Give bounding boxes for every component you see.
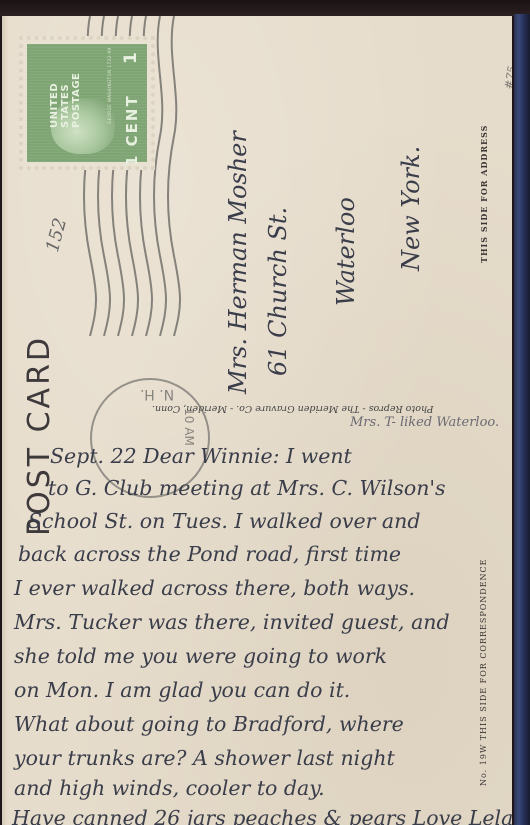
postmark-state: N. H. [140,386,174,402]
message-line: to G. Club meeting at Mrs. C. Wilson's [48,478,446,499]
stamp-value-digit: 1 [121,52,141,64]
catalog-mark: #75 [502,65,512,90]
message-line: I ever walked across there, both ways. [14,578,415,599]
address-line-state: New York. [397,146,425,271]
message-aside: Mrs. T- liked Waterloo. [350,416,499,429]
message-line: School St. on Tues. I walked over and [28,511,420,532]
postcard: UNITED STATES POSTAGE 1 CENT 1 GEORGE WA… [2,16,512,825]
stamp-face: UNITED STATES POSTAGE 1 CENT 1 GEORGE WA… [27,44,147,162]
message-line: back across the Pond road, first time [18,544,401,565]
message-line: Sept. 22 Dear Winnie: I went [50,446,352,467]
message-line: she told me you were going to work [14,646,387,667]
message-line: your trunks are? A shower last night [14,748,395,769]
message-line: Mrs. Tucker was there, invited guest, an… [14,612,450,633]
card-left-edge [2,16,8,825]
scan-top-border [0,0,530,16]
stamp-country-text: UNITED STATES POSTAGE [49,73,82,128]
post-card-heading: POST CARD [22,335,57,536]
postage-stamp: UNITED STATES POSTAGE 1 CENT 1 GEORGE WA… [19,36,155,170]
message-line: What about going to Bradford, where [14,714,404,735]
address-side-label: THIS SIDE FOR ADDRESS [479,125,489,263]
correspondence-side-label: No. 19W THIS SIDE FOR CORRESPONDENCE [479,558,488,786]
stamp-denomination: 1 CENT [123,94,141,166]
message-line: on Mon. I am glad you can do it. [14,680,350,701]
stamp-portrait-caption: GEORGE WASHINGTON 1732-99 [107,47,112,124]
address-line-city: Waterloo [332,197,360,306]
address-line-name: Mrs. Herman Mosher [224,131,252,394]
message-line: and high winds, cooler to day. [14,778,325,799]
scan-backing-edge [514,14,530,825]
message-line: Have canned 26 jars peaches & pears Love… [12,808,512,825]
pencil-note: 152 [42,216,71,255]
address-line-street: 61 Church St. [264,207,292,376]
postmark-time: 10 AM [182,408,196,446]
